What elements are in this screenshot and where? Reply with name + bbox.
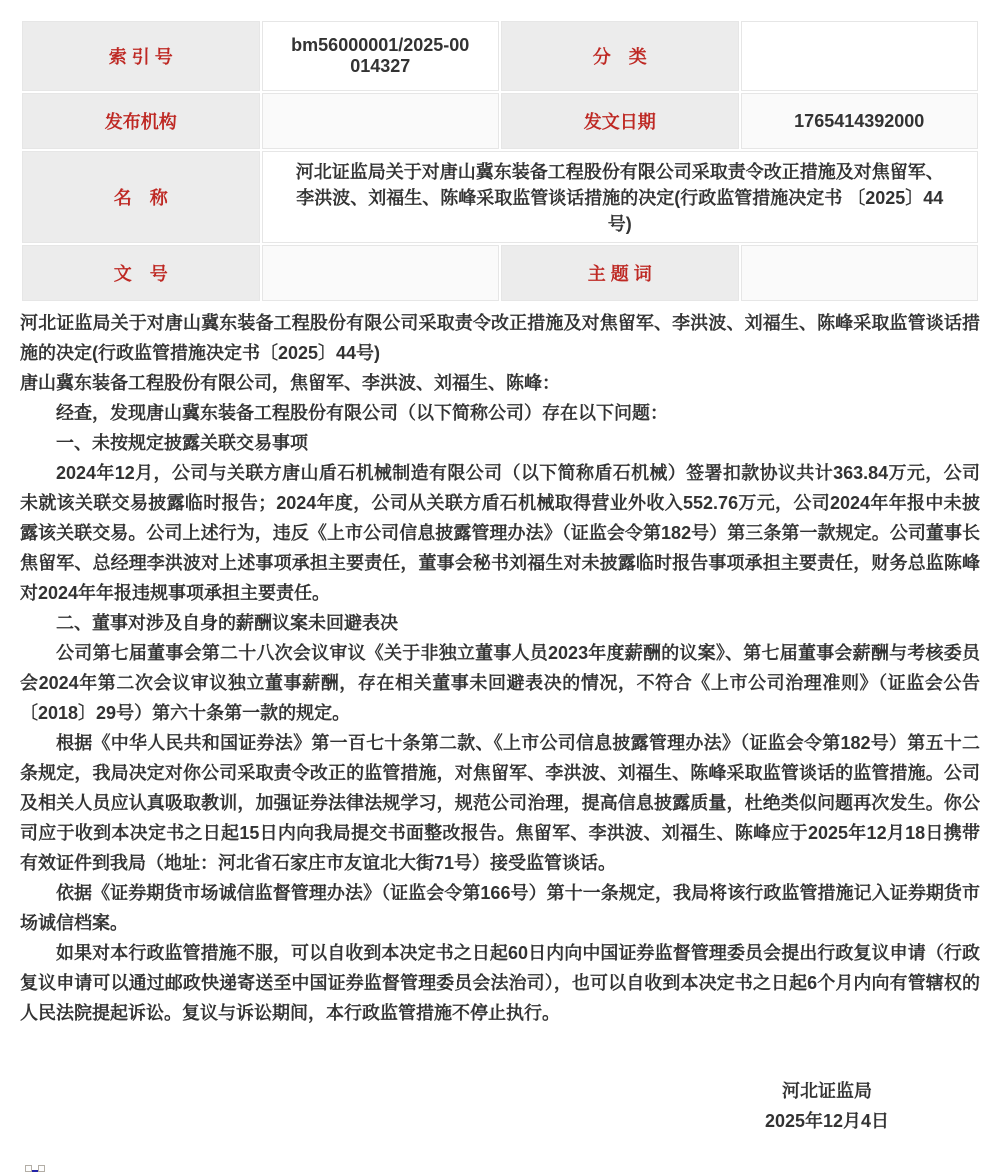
subject-label: 主 题 词 — [501, 245, 739, 301]
disclosure-meta-table: 索 引 号 bm56000001/2025-00014327 分 类 发布机构 … — [20, 19, 980, 303]
category-label: 分 类 — [501, 21, 739, 91]
document-salutation: 唐山冀东装备工程股份有限公司，焦留军、李洪波、刘福生、陈峰： — [20, 368, 980, 398]
paragraph: 2024年12月，公司与关联方唐山盾石机械制造有限公司（以下简称盾石机械）签署扣… — [20, 458, 980, 608]
document-page: 索 引 号 bm56000001/2025-00014327 分 类 发布机构 … — [0, 0, 1000, 1172]
paragraph: 经查，发现唐山冀东装备工程股份有限公司（以下简称公司）存在以下问题： — [20, 398, 980, 428]
paragraph: 如果对本行政监管措施不服，可以自收到本决定书之日起60日内向中国证券监督管理委员… — [20, 938, 980, 1028]
paragraph: 依据《证券期货市场诚信监督管理办法》（证监会令第166号）第十一条规定，我局将该… — [20, 878, 980, 938]
signature-date: 2025年12月4日 — [682, 1106, 972, 1136]
doc-no-value — [262, 245, 500, 301]
signature-block: 河北证监局 2025年12月4日 — [682, 1076, 972, 1136]
meta-row-2: 发布机构 发文日期 1765414392000 — [22, 93, 978, 149]
signature-org: 河北证监局 — [682, 1076, 972, 1106]
issuing-org-label: 发布机构 — [22, 93, 260, 149]
meta-row-3: 名 称 河北证监局关于对唐山冀东装备工程股份有限公司采取责令改正措施及对焦留军、… — [22, 151, 978, 243]
broken-image-square-left — [25, 1165, 32, 1172]
meta-row-1: 索 引 号 bm56000001/2025-00014327 分 类 — [22, 21, 978, 91]
issue-date-value: 1765414392000 — [741, 93, 979, 149]
index-no-value: bm56000001/2025-00014327 — [262, 21, 500, 91]
doc-no-label: 文 号 — [22, 245, 260, 301]
category-value — [741, 21, 979, 91]
paragraph: 根据《中华人民共和国证券法》第一百七十条第二款、《上市公司信息披露管理办法》（证… — [20, 728, 980, 878]
broken-image-square-right — [38, 1165, 45, 1172]
doc-title-value: 河北证监局关于对唐山冀东装备工程股份有限公司采取责令改正措施及对焦留军、李洪波、… — [262, 151, 979, 243]
paragraph: 公司第七届董事会第二十八次会议审议《关于非独立董事人员2023年度薪酬的议案》、… — [20, 638, 980, 728]
document-title: 河北证监局关于对唐山冀东装备工程股份有限公司采取责令改正措施及对焦留军、李洪波、… — [20, 308, 980, 368]
section-heading-1: 一、未按规定披露关联交易事项 — [20, 428, 980, 458]
issuing-org-value — [262, 93, 500, 149]
subject-value — [741, 245, 979, 301]
document-body: 河北证监局关于对唐山冀东装备工程股份有限公司采取责令改正措施及对焦留军、李洪波、… — [20, 308, 980, 1028]
index-no-label: 索 引 号 — [22, 21, 260, 91]
doc-title-label: 名 称 — [22, 151, 260, 243]
meta-row-4: 文 号 主 题 词 — [22, 245, 978, 301]
broken-image-icon — [25, 1162, 45, 1172]
issue-date-label: 发文日期 — [501, 93, 739, 149]
section-heading-2: 二、董事对涉及自身的薪酬议案未回避表决 — [20, 608, 980, 638]
